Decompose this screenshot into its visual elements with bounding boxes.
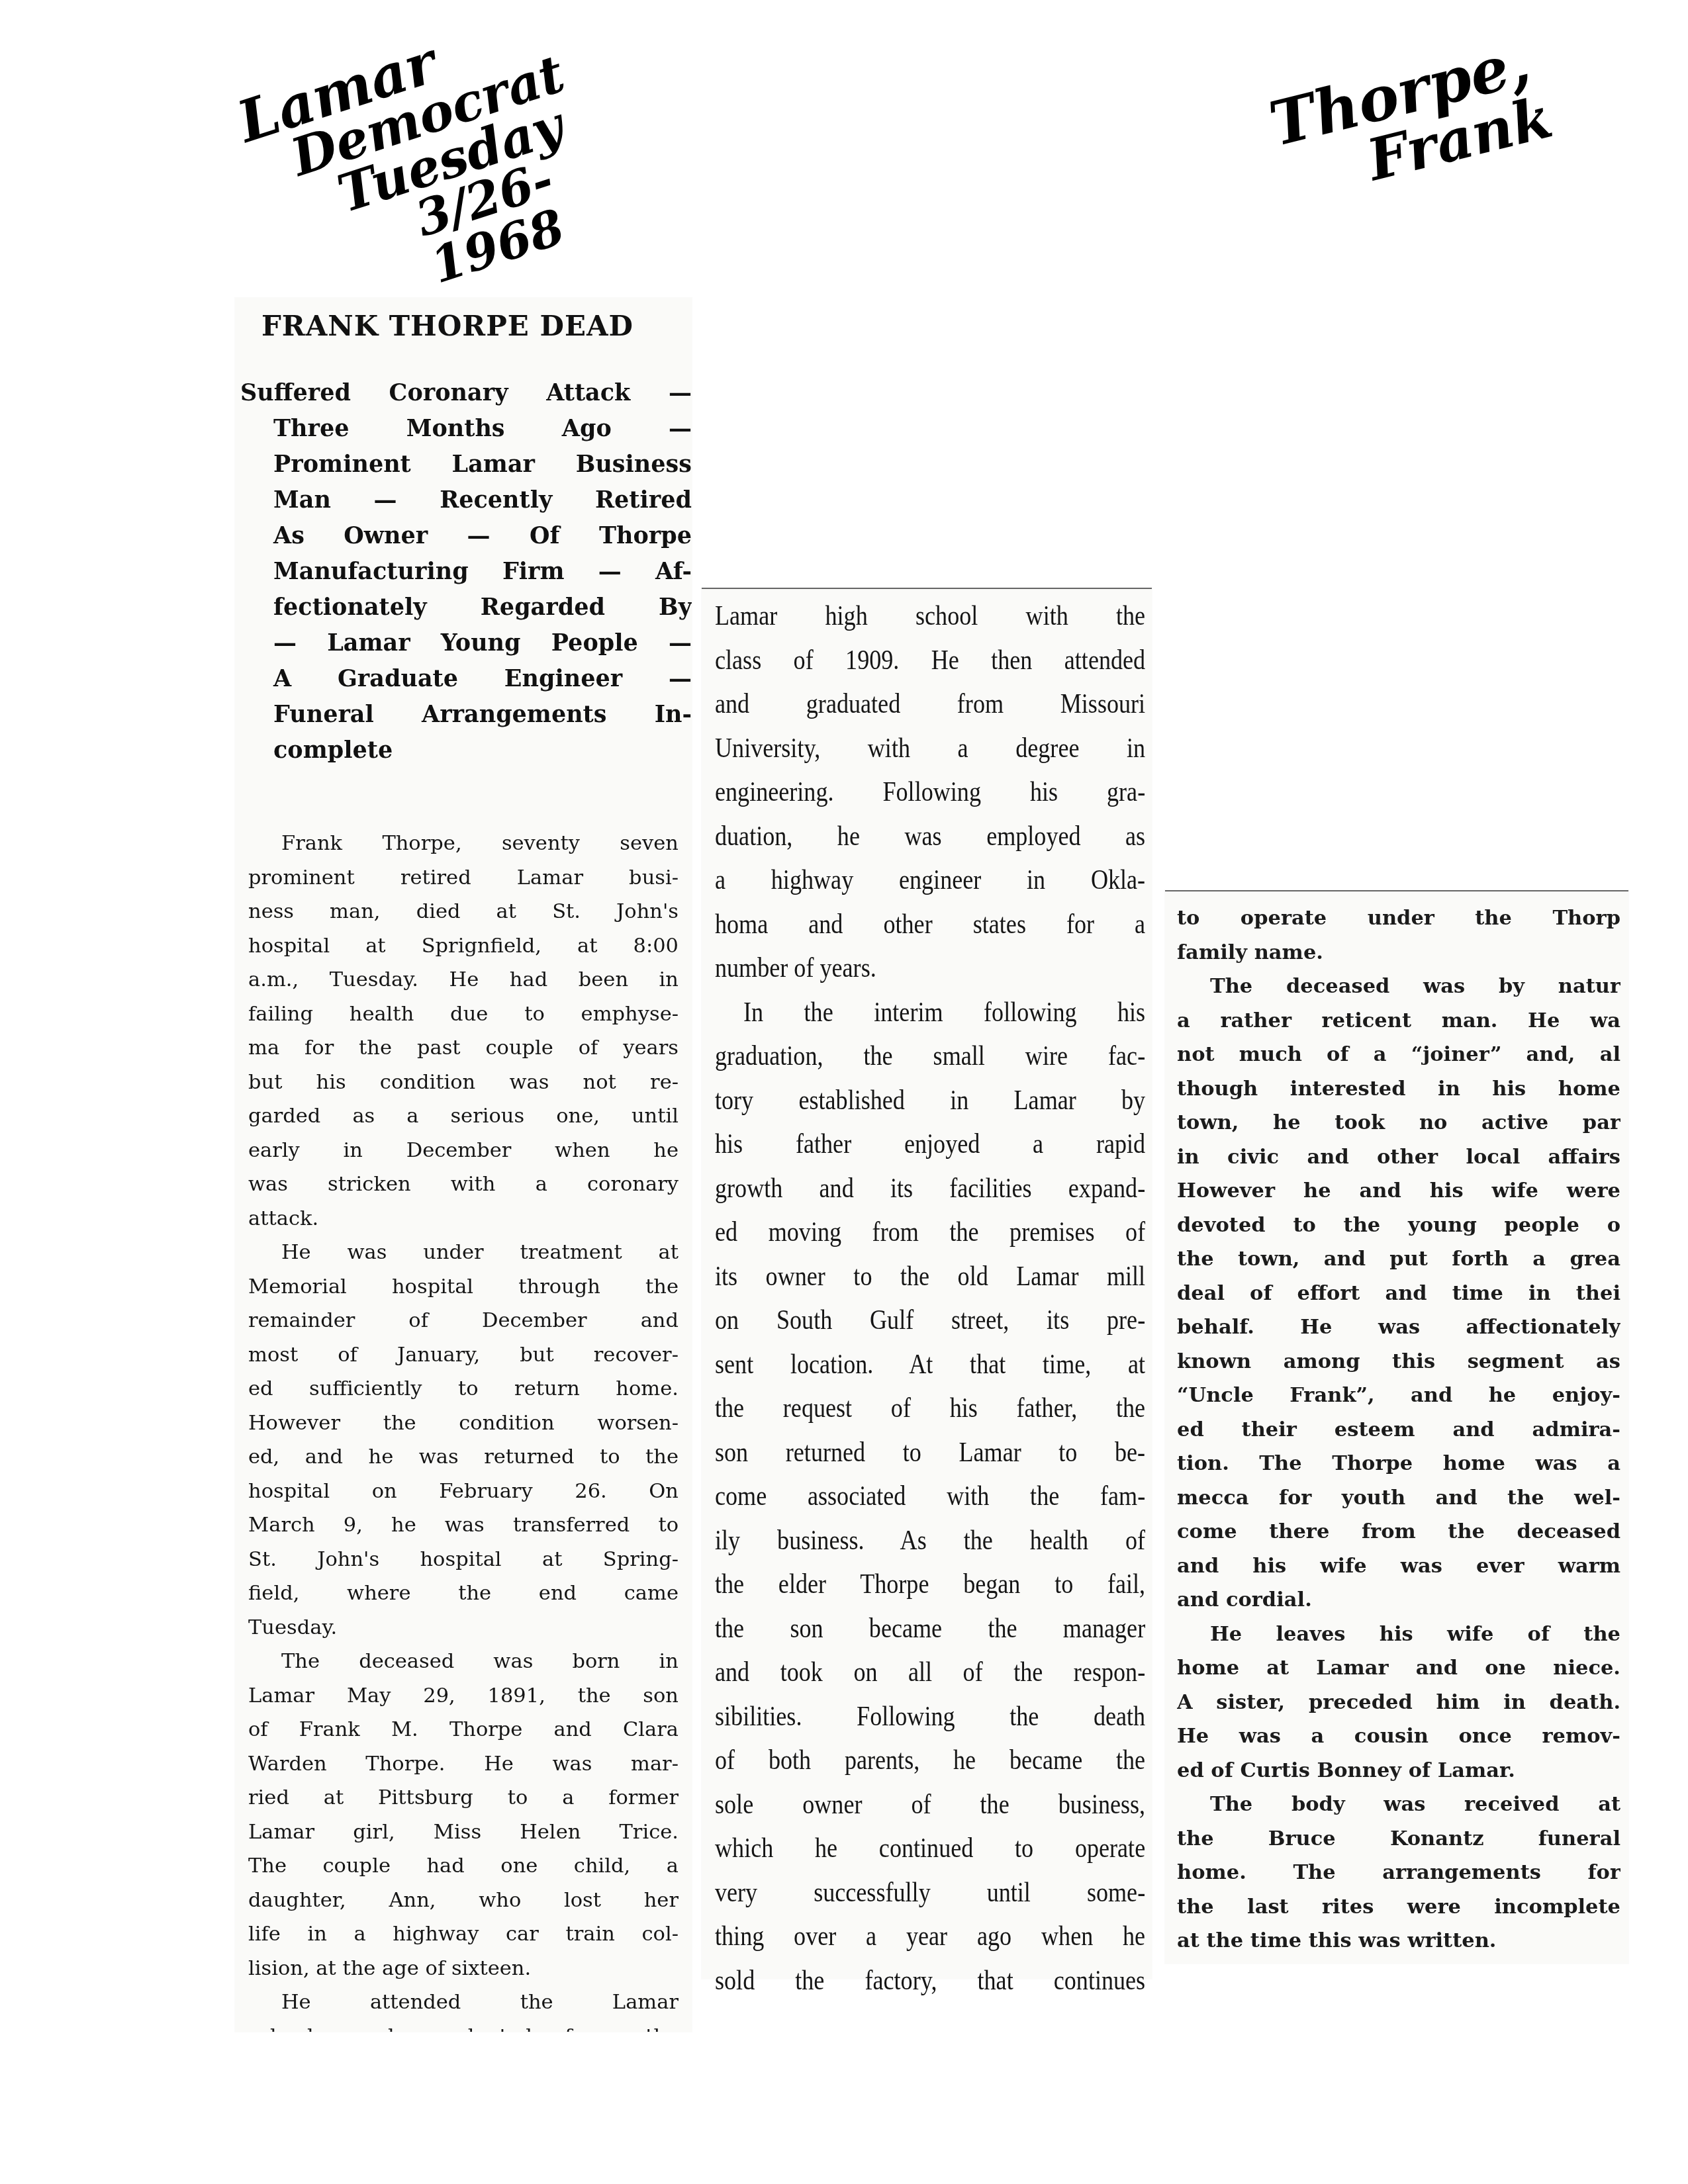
text-line: duation, he was employed as [715,815,1145,859]
text-line: early in December when he [248,1134,679,1168]
text-line: ed their esteem and admira- [1177,1413,1620,1447]
clipping-column-middle: Lamar high school with the class of 1909… [702,588,1152,1979]
clipping-column-left: FRANK THORPE DEAD Suffered Coronary Atta… [235,298,692,2032]
text-line: on South Gulf street, its pre- [715,1298,1145,1343]
text-line: a highway engineer in Okla- [715,858,1145,903]
handwritten-source-note: Lamar Democrat Tuesday 3/26-1968 [225,0,656,263]
text-line: ed, and he was returned to the [248,1440,679,1475]
text-line: The body was received at [1177,1788,1620,1822]
deck-line: Suffered Coronary Attack — [240,375,692,411]
text-line: garded as a serious one, until [248,1099,679,1134]
deck-line: — Lamar Young People — [273,625,692,661]
text-line: in civic and other local affairs [1177,1140,1620,1175]
text-line: behalf. He was affectionately [1177,1310,1620,1345]
text-line: In the interim following his [715,991,1145,1035]
text-line: mecca for youth and the wel- [1177,1481,1620,1516]
text-line: come associated with the fam- [715,1475,1145,1519]
text-line: He was a cousin once remov- [1177,1719,1620,1754]
text-line: homa and other states for a [715,903,1145,947]
text-line: a rather reticent man. He wa [1177,1004,1620,1038]
text-line: The couple had one child, a [248,1849,679,1884]
text-line: March 9, he was transferred to [248,1508,679,1543]
clipping-column-right: to operate under the Thorp family name. … [1165,890,1628,1964]
text-line: Lamar girl, Miss Helen Trice. [248,1815,679,1850]
text-line: However the condition worsen- [248,1406,679,1441]
text-line: He attended the Lamar [248,1985,679,2020]
text-line: number of years. [715,946,1145,991]
text-line: St. John's hospital at Spring- [248,1543,679,1577]
text-line: most of January, but recover- [248,1338,679,1373]
text-line: Tuesday. [248,1611,679,1645]
text-line: failing health due to emphyse- [248,997,679,1032]
text-line: the town, and put forth a grea [1177,1242,1620,1277]
text-line: Warden Thorpe. He was mar- [248,1747,679,1782]
text-line: life in a highway car train col- [248,1917,679,1952]
text-line: ried at Pittsburg to a former [248,1781,679,1815]
text-line: home. The arrangements for [1177,1856,1620,1890]
article-body-middle: Lamar high school with the class of 1909… [715,594,1145,2003]
text-line: ily business. As the health of [715,1519,1145,1563]
text-line: ness man, died at St. John's [248,895,679,929]
article-headline: FRANK THORPE DEAD [261,310,692,342]
text-line: He was under treatment at [248,1236,679,1270]
text-line: growth and its facilities expand- [715,1167,1145,1211]
text-line: son returned to Lamar to be- [715,1431,1145,1475]
text-line: family name. [1177,936,1620,970]
text-line: ed moving from the premises of [715,1210,1145,1255]
text-line: but his condition was not re- [248,1066,679,1100]
article-body-left: Frank Thorpe, seventy seven prominent re… [248,827,679,2032]
deck-line: complete [273,733,692,768]
deck-line: fectionately Regarded By [273,590,692,625]
deck-line: As Owner — Of Thorpe [273,518,692,554]
deck-line: Funeral Arrangements In- [273,697,692,733]
text-line: thing over a year ago when he [715,1915,1145,1959]
text-line: though interested in his home [1177,1072,1620,1107]
text-line: Lamar high school with the [715,594,1145,639]
text-line: class of 1909. He then attended [715,639,1145,683]
text-line: daughter, Ann, who lost her [248,1884,679,1918]
text-line: and graduated from Missouri [715,682,1145,727]
text-line: However he and his wife were [1177,1174,1620,1208]
text-line: of both parents, he became the [715,1739,1145,1783]
text-line: ed of Curtis Bonney of Lamar. [1177,1754,1620,1788]
text-line: come there from the deceased [1177,1515,1620,1549]
text-line: Lamar May 29, 1891, the son [248,1679,679,1713]
text-line: The deceased was by natur [1177,970,1620,1004]
text-line: a.m., Tuesday. He had been in [248,963,679,997]
text-line: ma for the past couple of years [248,1031,679,1066]
text-line: its owner to the old Lamar mill [715,1255,1145,1299]
text-line: at the time this was written. [1177,1924,1620,1958]
article-deck: Suffered Coronary Attack — Three Months … [240,375,692,768]
text-line: hospital on February 26. On [248,1475,679,1509]
text-line: the son became the manager [715,1607,1145,1651]
text-line: “Uncle Frank”, and he enjoy- [1177,1379,1620,1413]
text-line: and cordial. [1177,1583,1620,1617]
text-line: known among this segment as [1177,1345,1620,1379]
text-line: sent location. At that time, at [715,1343,1145,1387]
text-line: sold the factory, that continues [715,1959,1145,2003]
text-line: his father enjoyed a rapid [715,1122,1145,1167]
text-line: ed sufficiently to return home. [248,1372,679,1406]
text-line: the last rites were incomplete [1177,1890,1620,1925]
text-line: The deceased was born in [248,1645,679,1679]
text-line: prominent retired Lamar busi- [248,861,679,895]
handwritten-name-note: Thorpe, Frank [1251,32,1558,247]
text-line: Memorial hospital through the [248,1270,679,1304]
text-line: sibilities. Following the death [715,1695,1145,1739]
text-line: Frank Thorpe, seventy seven [248,827,679,861]
text-line: the Bruce Konantz funeral [1177,1822,1620,1856]
text-line: was stricken with a coronary [248,1167,679,1202]
text-line: sole owner of the business, [715,1783,1145,1827]
deck-line: Prominent Lamar Business [273,447,692,482]
text-line: He leaves his wife of the [1177,1617,1620,1652]
deck-line: Three Months Ago — [273,411,692,447]
text-line: tion. The Thorpe home was a [1177,1447,1620,1481]
text-line: the elder Thorpe began to fail, [715,1563,1145,1607]
text-line: field, where the end came [248,1576,679,1611]
text-line: deal of effort and time in thei [1177,1277,1620,1311]
text-line: the request of his father, the [715,1387,1145,1431]
text-line: hospital at Sprignfield, at 8:00 [248,929,679,964]
text-line: which he continued to operate [715,1827,1145,1871]
text-line: very successfully until some- [715,1871,1145,1915]
text-line: devoted to the young people o [1177,1208,1620,1243]
text-line: lision, at the age of sixteen. [248,1952,679,1986]
text-line: engineering. Following his gra- [715,770,1145,815]
text-line: and his wife was ever warm [1177,1549,1620,1584]
text-line: remainder of December and [248,1304,679,1338]
article-body-right: to operate under the Thorp family name. … [1177,901,1620,1958]
text-line: home at Lamar and one niece. [1177,1651,1620,1686]
text-line: schools and graduated from the [248,2020,679,2032]
deck-line: Man — Recently Retired [273,482,692,518]
text-line: and took on all of the respon- [715,1651,1145,1695]
text-line: tory established in Lamar by [715,1079,1145,1123]
text-line: to operate under the Thorp [1177,901,1620,936]
text-line: of Frank M. Thorpe and Clara [248,1713,679,1747]
deck-line: A Graduate Engineer — [273,661,692,697]
deck-line: Manufacturing Firm — Af- [273,554,692,590]
text-line: town, he took no active par [1177,1106,1620,1140]
text-line: graduation, the small wire fac- [715,1034,1145,1079]
text-line: not much of a “joiner” and, al [1177,1038,1620,1072]
text-line: University, with a degree in [715,727,1145,771]
text-line: attack. [248,1202,679,1236]
text-line: A sister, preceded him in death. [1177,1686,1620,1720]
